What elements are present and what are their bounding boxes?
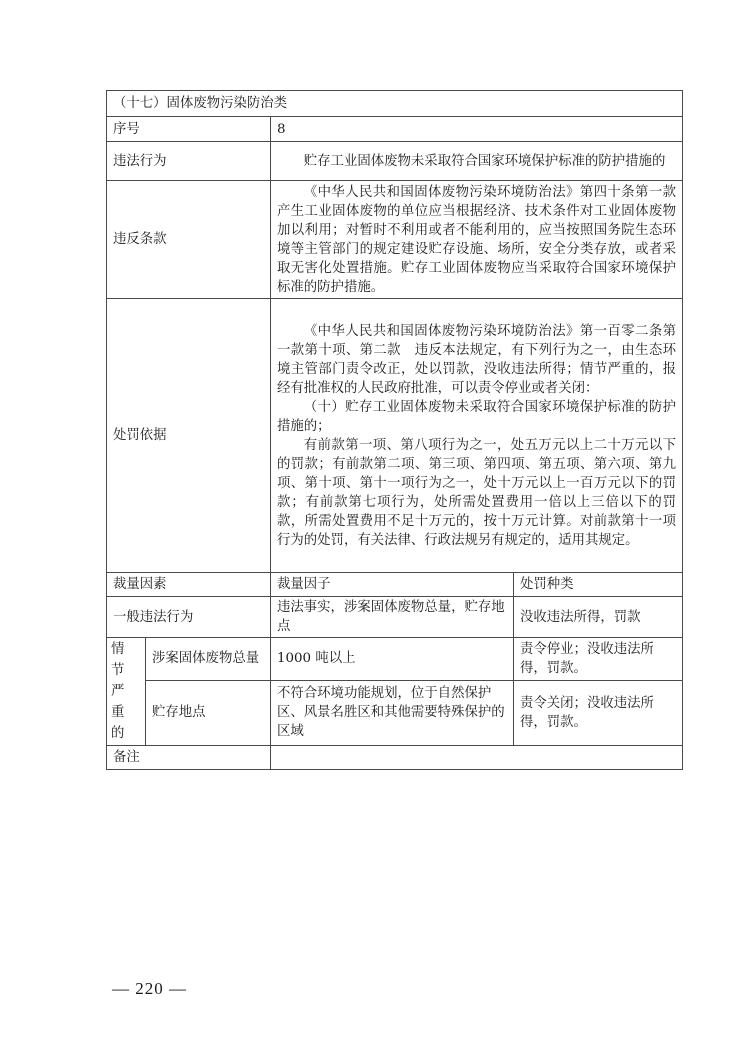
category-title-row: （十七）固体废物污染防治类 [107, 91, 683, 117]
penalty-basis-paragraph: 有前款第一项、第八项行为之一，处五万元以上二十万元以下的罚款；有前款第二项、第三… [277, 436, 676, 550]
serious-label-char: 重 [111, 705, 124, 720]
serious-label-char: 情 [111, 642, 124, 657]
violation-value: 贮存工业固体废物未采取符合国家环境保护标准的防护措施的 [271, 142, 683, 181]
discretion-element-header: 裁量因子 [271, 573, 514, 597]
penalty-basis-row: 处罚依据 《中华人民共和国固体废物污染环境防治法》第一百零二条第一款第十项、第二… [107, 299, 683, 573]
serious-row: 情 节 严 重 的 涉案固体废物总量 1000 吨以上 责令停业；没收违法所得，… [107, 638, 683, 681]
serial-row: 序号 8 [107, 117, 683, 142]
page-number: — 220 — [112, 979, 187, 999]
violation-label: 违法行为 [107, 142, 271, 181]
general-violation-penalty: 没收违法所得，罚款 [514, 597, 683, 638]
serious-element: 不符合环境功能规划，位于自然保护区、风景名胜区和其他需要特殊保护的区域 [271, 680, 514, 745]
violation-row: 违法行为 贮存工业固体废物未采取符合国家环境保护标准的防护措施的 [107, 142, 683, 181]
category-title: （十七）固体废物污染防治类 [107, 91, 683, 117]
penalty-basis-label: 处罚依据 [107, 299, 271, 573]
violated-clause-row: 违反条款 《中华人民共和国固体废物污染环境防治法》第四十条第一款 产生工业固体废… [107, 181, 683, 299]
penalty-basis-value: 《中华人民共和国固体废物污染环境防治法》第一百零二条第一款第十项、第二款 违反本… [271, 299, 683, 573]
violated-clause-label: 违反条款 [107, 181, 271, 299]
penalty-basis-paragraph: 《中华人民共和国固体废物污染环境防治法》第一百零二条第一款第十项、第二款 违反本… [277, 322, 676, 398]
serious-row: 贮存地点 不符合环境功能规划，位于自然保护区、风景名胜区和其他需要特殊保护的区域… [107, 680, 683, 745]
violated-clause-text: 《中华人民共和国固体废物污染环境防治法》第四十条第一款 产生工业固体废物的单位应… [277, 183, 676, 297]
remarks-row: 备注 [107, 746, 683, 770]
serial-value: 8 [271, 117, 683, 142]
serious-label-char: 节 [111, 663, 124, 678]
general-violation-element: 违法事实，涉案固体废物总量，贮存地点 [271, 597, 514, 638]
penalty-basis-paragraph: （十）贮存工业固体废物未采取符合国家环境保护标准的防护措施的； [277, 398, 676, 436]
serious-element: 1000 吨以上 [271, 638, 514, 681]
serious-label-char: 的 [111, 726, 124, 741]
general-violation-label: 一般违法行为 [107, 597, 271, 638]
serious-penalty: 责令关闭；没收违法所得，罚款。 [514, 680, 683, 745]
serious-group-label: 情 节 严 重 的 [107, 638, 146, 746]
violation-text: 贮存工业固体废物未采取符合国家环境保护标准的防护措施的 [277, 152, 676, 171]
penalty-discretion-table: （十七）固体废物污染防治类 序号 8 违法行为 贮存工业固体废物未采取符合国家环… [106, 90, 683, 770]
remarks-value [271, 746, 683, 770]
serious-factor: 贮存地点 [146, 680, 271, 745]
penalty-type-header: 处罚种类 [514, 573, 683, 597]
serious-factor: 涉案固体废物总量 [146, 638, 271, 681]
violated-clause-value: 《中华人民共和国固体废物污染环境防治法》第四十条第一款 产生工业固体废物的单位应… [271, 181, 683, 299]
remarks-label: 备注 [107, 746, 271, 770]
general-violation-row: 一般违法行为 违法事实，涉案固体废物总量，贮存地点 没收违法所得，罚款 [107, 597, 683, 638]
serial-label: 序号 [107, 117, 271, 142]
serious-label-char: 严 [111, 684, 124, 699]
serious-penalty: 责令停业；没收违法所得，罚款。 [514, 638, 683, 681]
discretion-factor-header: 裁量因素 [107, 573, 271, 597]
discretion-header-row: 裁量因素 裁量因子 处罚种类 [107, 573, 683, 597]
